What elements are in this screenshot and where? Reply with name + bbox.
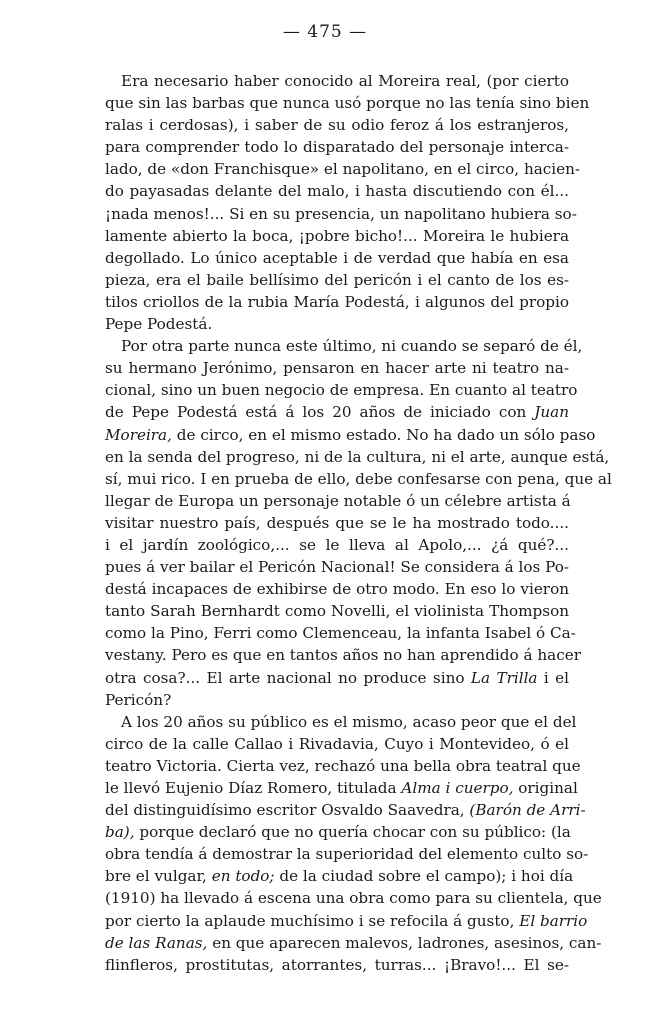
italic-title: ba), xyxy=(105,823,135,841)
text-line: flinfleros, prostitutas, atorrantes, tur… xyxy=(105,954,569,976)
text-line: obra tendía á demostrar la superioridad … xyxy=(105,843,569,865)
text-line: ralas i cerdosas), i saber de su odio fe… xyxy=(105,114,569,136)
text-line: Por otra parte nunca este último, ni cua… xyxy=(105,335,569,357)
text-line: por cierto la aplaude muchísimo i se ref… xyxy=(105,910,569,932)
text-line: Pericón? xyxy=(105,689,569,711)
text-segment: porque declaró que no quería chocar con … xyxy=(135,823,571,841)
text-line: de Pepe Podestá está á los 20 años de in… xyxy=(105,401,569,423)
text-line: lamente abierto la boca, ¡pobre bicho!..… xyxy=(105,225,569,247)
text-line: tilos criollos de la rubia María Podestá… xyxy=(105,291,569,313)
text-segment: de la ciudad sobre el campo); i hoi día xyxy=(275,867,574,885)
text-line: como la Pino, Ferri como Clemenceau, la … xyxy=(105,622,569,644)
text-line: visitar nuestro país, después que se le … xyxy=(105,512,569,534)
body-text: Era necesario haber conocido al Moreira … xyxy=(105,70,569,976)
text-line: bre el vulgar, en todo; de la ciudad sob… xyxy=(105,865,569,887)
text-segment: de circo, en el mismo estado. No ha dado… xyxy=(172,426,595,444)
text-line: su hermano Jerónimo, pensaron en hacer a… xyxy=(105,357,569,379)
italic-emphasis: en todo; xyxy=(212,867,275,885)
text-line: vestany. Pero es que en tantos años no h… xyxy=(105,644,569,666)
text-line: Pepe Podestá. xyxy=(105,313,569,335)
text-segment: bre el vulgar, xyxy=(105,867,212,885)
text-line: ba), porque declaró que no quería chocar… xyxy=(105,821,569,843)
paragraph-1: Era necesario haber conocido al Moreira … xyxy=(105,70,569,335)
text-line: destá incapaces de exhibirse de otro mod… xyxy=(105,578,569,600)
text-line: tanto Sarah Bernhardt como Novelli, el v… xyxy=(105,600,569,622)
text-segment: en que aparecen malevos, ladrones, asesi… xyxy=(207,934,601,952)
text-line: para comprender todo lo disparatado del … xyxy=(105,136,569,158)
text-line: (1910) ha llevado á escena una obra como… xyxy=(105,887,569,909)
text-segment: de Pepe Podestá está á los 20 años de in… xyxy=(105,403,534,421)
text-line: que sin las barbas que nunca usó porque … xyxy=(105,92,569,114)
text-segment: original xyxy=(513,779,577,797)
italic-title: Moreira, xyxy=(105,426,172,444)
italic-title: Alma i cuerpo, xyxy=(401,779,513,797)
page-number: — 475 — xyxy=(0,22,650,42)
text-line: degollado. Lo único aceptable i de verda… xyxy=(105,247,569,269)
text-line: i el jardín zoológico,... se le lleva al… xyxy=(105,534,569,556)
text-line: cional, sino un buen negocio de empresa.… xyxy=(105,379,569,401)
italic-title: El barrio xyxy=(519,912,587,930)
text-line: teatro Victoria. Cierta vez, rechazó una… xyxy=(105,755,569,777)
italic-title: (Barón de Arri- xyxy=(469,801,585,819)
text-line: de las Ranas, en que aparecen malevos, l… xyxy=(105,932,569,954)
text-line: Moreira, de circo, en el mismo estado. N… xyxy=(105,424,569,446)
text-segment: otra cosa?... El arte nacional no produc… xyxy=(105,669,471,687)
text-line: del distinguidísimo escritor Osvaldo Saa… xyxy=(105,799,569,821)
text-segment: le llevó Eujenio Díaz Romero, titulada xyxy=(105,779,401,797)
text-line: circo de la calle Callao i Rivadavia, Cu… xyxy=(105,733,569,755)
text-segment: por cierto la aplaude muchísimo i se ref… xyxy=(105,912,519,930)
text-line: ¡nada menos!... Si en su presencia, un n… xyxy=(105,203,569,225)
text-line: otra cosa?... El arte nacional no produc… xyxy=(105,667,569,689)
text-line: en la senda del progreso, ni de la cultu… xyxy=(105,446,569,468)
text-segment: i el xyxy=(537,669,569,687)
text-line: pieza, era el baile bellísimo del pericó… xyxy=(105,269,569,291)
text-line: sí, mui rico. I en prueba de ello, debe … xyxy=(105,468,569,490)
text-line: llegar de Europa un personaje notable ó … xyxy=(105,490,569,512)
text-segment: del distinguidísimo escritor Osvaldo Saa… xyxy=(105,801,469,819)
text-line: Era necesario haber conocido al Moreira … xyxy=(105,70,569,92)
italic-title: La Trilla xyxy=(471,669,538,687)
italic-title: de las Ranas, xyxy=(105,934,207,952)
italic-title: Juan xyxy=(534,403,569,421)
text-line: pues á ver bailar el Pericón Nacional! S… xyxy=(105,556,569,578)
text-line: le llevó Eujenio Díaz Romero, titulada A… xyxy=(105,777,569,799)
text-line: lado, de «don Franchisque» el napolitano… xyxy=(105,158,569,180)
paragraph-2: Por otra parte nunca este último, ni cua… xyxy=(105,335,569,711)
text-line: A los 20 años su público es el mismo, ac… xyxy=(105,711,569,733)
text-line: do payasadas delante del malo, i hasta d… xyxy=(105,180,569,202)
paragraph-3: A los 20 años su público es el mismo, ac… xyxy=(105,711,569,976)
